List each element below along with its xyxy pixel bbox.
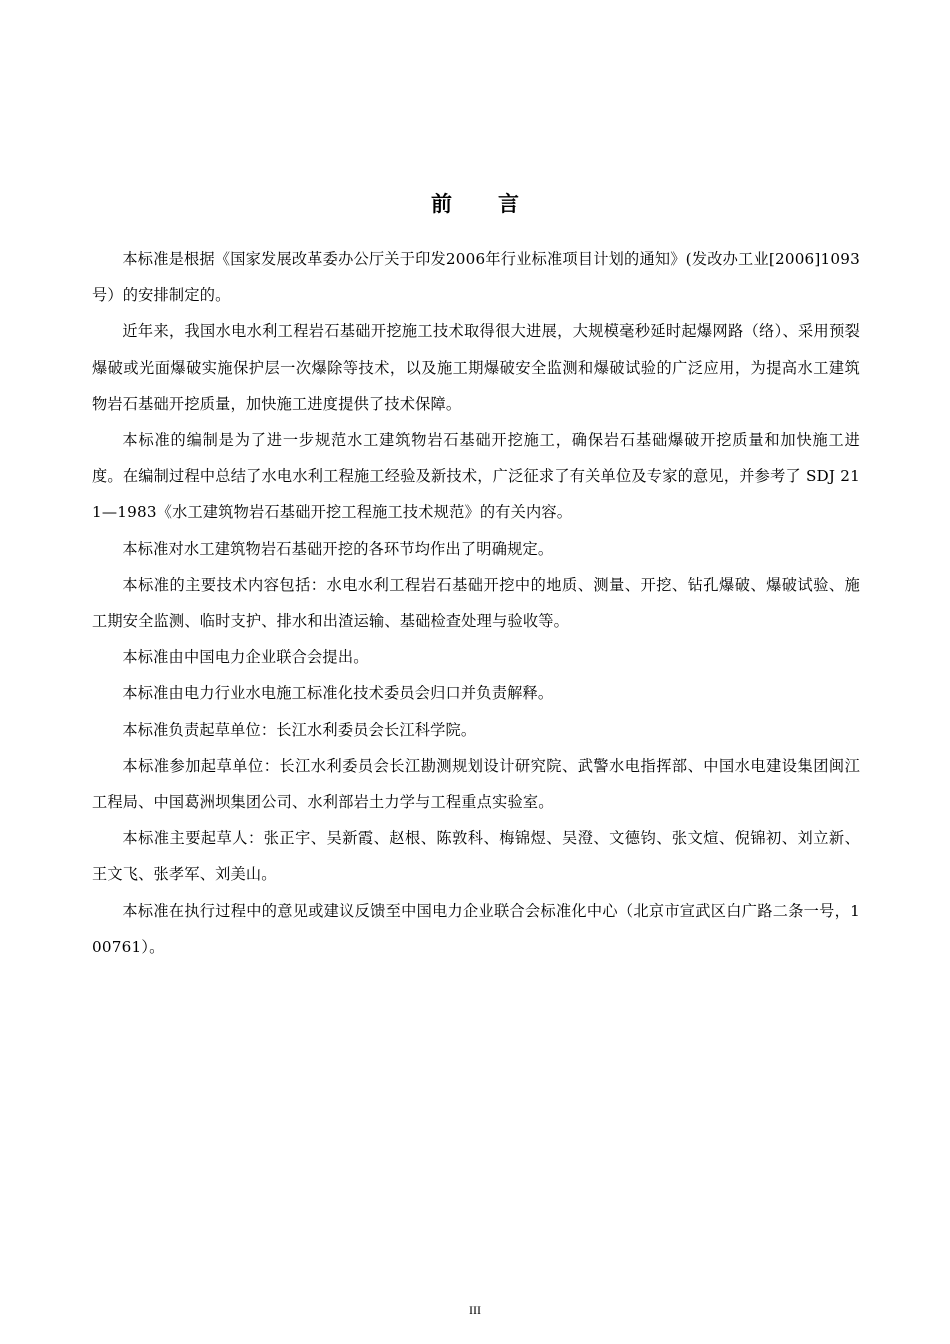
paragraph-feedback: 本标准在执行过程中的意见或建议反馈至中国电力企业联合会标准化中心（北京市宣武区白… — [92, 893, 860, 965]
paragraph-background: 近年来，我国水电水利工程岩石基础开挖施工技术取得很大进展，大规模毫秒延时起爆网路… — [92, 313, 860, 422]
page-number: III — [0, 1302, 950, 1318]
page-title-char-1: 前 — [431, 190, 452, 218]
paragraph-proposer: 本标准由中国电力企业联合会提出。 — [92, 639, 860, 675]
paragraph-main-content: 本标准的主要技术内容包括：水电水利工程岩石基础开挖中的地质、测量、开挖、钻孔爆破… — [92, 567, 860, 639]
paragraph-scope: 本标准对水工建筑物岩石基础开挖的各环节均作出了明确规定。 — [92, 531, 860, 567]
paragraph-administrator: 本标准由电力行业水电施工标准化技术委员会归口并负责解释。 — [92, 675, 860, 711]
paragraph-participating-drafters: 本标准参加起草单位：长江水利委员会长江勘测规划设计研究院、武警水电指挥部、中国水… — [92, 748, 860, 820]
paragraph-lead-drafter: 本标准负责起草单位：长江水利委员会长江科学院。 — [92, 712, 860, 748]
page-title-char-2: 言 — [498, 190, 519, 218]
page-title: 前言 — [0, 190, 950, 218]
paragraph-purpose: 本标准的编制是为了进一步规范水工建筑物岩石基础开挖施工，确保岩石基础爆破开挖质量… — [92, 422, 860, 531]
paragraph-main-authors: 本标准主要起草人：张正宇、吴新霞、赵根、陈敦科、梅锦煜、吴澄、文德钧、张文煊、倪… — [92, 820, 860, 892]
paragraph-basis: 本标准是根据《国家发展改革委办公厅关于印发2006年行业标准项目计划的通知》(发… — [92, 241, 860, 313]
foreword-body: 本标准是根据《国家发展改革委办公厅关于印发2006年行业标准项目计划的通知》(发… — [92, 241, 860, 965]
